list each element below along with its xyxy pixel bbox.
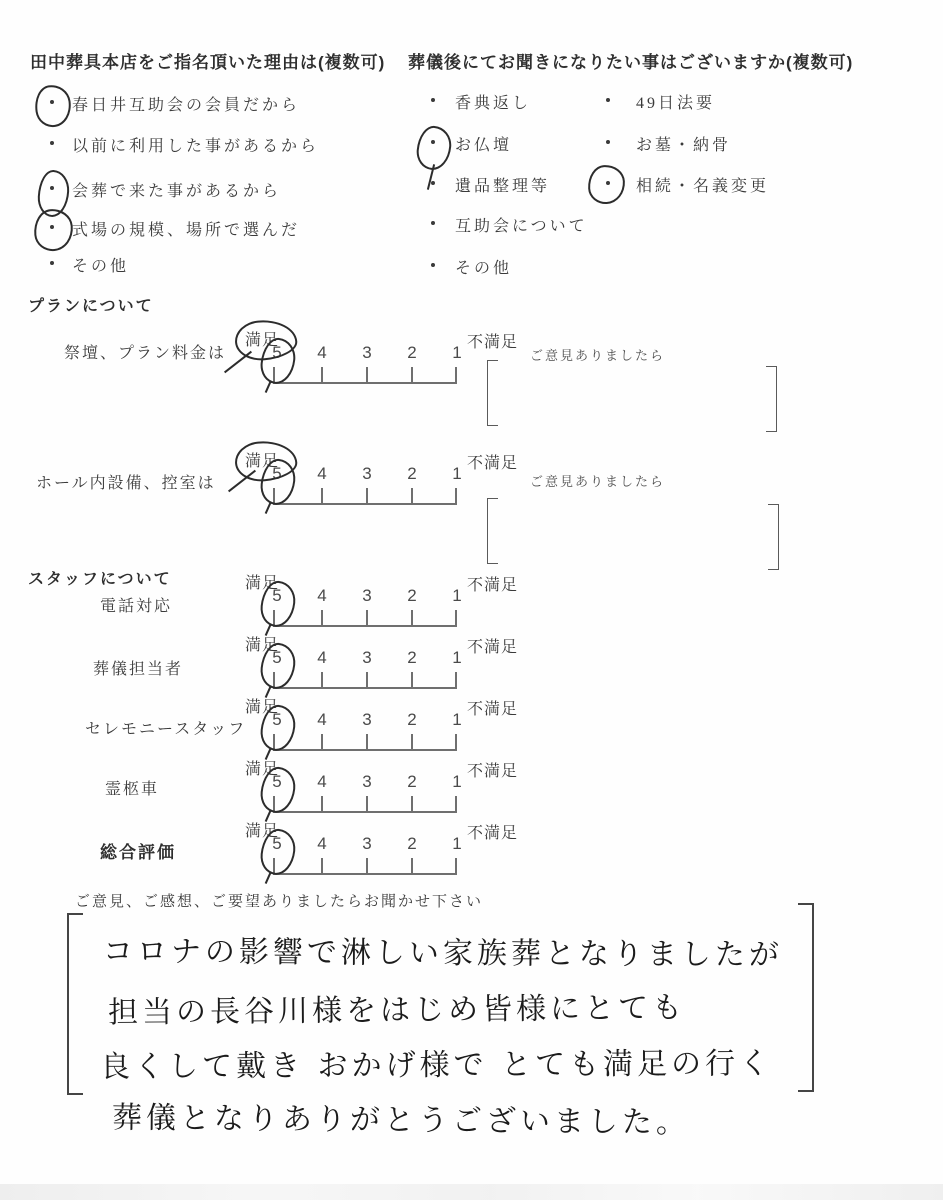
- scale-tick: [411, 796, 413, 811]
- scale-number-2: 2: [400, 772, 424, 792]
- scale-tick: [366, 367, 368, 382]
- rating-scale-director: 満足 不満足 5 4 3 2 1: [245, 632, 535, 692]
- comment-box-bracket-close: [798, 903, 814, 1092]
- scale-number-2: 2: [400, 710, 424, 730]
- bullet-icon: [50, 261, 54, 265]
- scale-tick: [366, 672, 368, 687]
- scale-number-4: 4: [310, 586, 334, 606]
- handwritten-circle-mark: [587, 164, 626, 205]
- staff-section-title: スタッフについて: [28, 566, 172, 589]
- reason-option-5: その他: [72, 253, 129, 276]
- scale-number-1: 1: [445, 772, 469, 792]
- bullet-icon: [606, 98, 610, 102]
- scale-number-3: 3: [355, 772, 379, 792]
- reason-option-1: 春日井互助会の会員だから: [72, 92, 300, 115]
- scale-number-3: 3: [355, 586, 379, 606]
- scale-number-4: 4: [310, 834, 334, 854]
- after-option-8: 相続・名義変更: [636, 173, 769, 196]
- scale-tick: [321, 488, 323, 503]
- scale-tick: [366, 858, 368, 873]
- bullet-icon: [431, 221, 435, 225]
- scale-baseline: [273, 811, 457, 813]
- rating-row-label-hearse: 霊柩車: [105, 776, 159, 799]
- bullet-icon: [50, 141, 54, 145]
- scale-number-1: 1: [445, 464, 469, 484]
- comments-section-title: ご意見、ご感想、ご要望ありましたらお聞かせ下さい: [75, 890, 483, 911]
- scale-tick: [321, 734, 323, 749]
- scale-number-2: 2: [400, 464, 424, 484]
- scale-tick: [321, 796, 323, 811]
- scale-tick: [321, 367, 323, 382]
- comment-bracket-close: [766, 366, 777, 432]
- rating-scale-hearse: 満足 不満足 5 4 3 2 1: [245, 756, 535, 816]
- after-option-6: 49日法要: [636, 90, 715, 113]
- scale-baseline: [273, 749, 457, 751]
- scale-number-2: 2: [400, 586, 424, 606]
- handwritten-slash-mark: [224, 351, 252, 374]
- after-option-2: お仏壇: [455, 132, 512, 155]
- plan-section-title: プランについて: [28, 293, 154, 316]
- bullet-icon: [606, 140, 610, 144]
- scale-number-4: 4: [310, 772, 334, 792]
- scale-tick: [366, 734, 368, 749]
- scale-baseline: [273, 503, 457, 505]
- scale-number-3: 3: [355, 710, 379, 730]
- scale-baseline: [273, 873, 457, 875]
- bullet-icon: [431, 263, 435, 267]
- scale-tick: [321, 672, 323, 687]
- after-funeral-section-title: 葬儀後にてお聞きになりたい事はございますか(複数可): [408, 48, 853, 73]
- rating-row-label-plan-price: 祭壇、プラン料金は: [64, 340, 226, 363]
- scale-tick: [455, 796, 457, 811]
- scale-number-2: 2: [400, 343, 424, 363]
- rating-row-label-phone: 電話対応: [100, 593, 172, 616]
- scale-number-2: 2: [400, 834, 424, 854]
- scale-tick: [455, 672, 457, 687]
- rating-row-label-director: 葬儀担当者: [93, 656, 183, 679]
- reason-option-2: 以前に利用した事があるから: [72, 133, 319, 156]
- handwritten-comment-line-4: 葬儀となりありがとうございました。: [112, 1092, 690, 1141]
- scale-number-4: 4: [310, 648, 334, 668]
- dissatisfaction-label: 不満足: [467, 820, 518, 843]
- rating-scale-overall: 満足 不満足 5 4 3 2 1: [245, 818, 535, 878]
- feedback-caption: ご意見ありましたら: [530, 471, 665, 490]
- scale-tick: [366, 796, 368, 811]
- scale-number-1: 1: [445, 710, 469, 730]
- dissatisfaction-label: 不満足: [467, 758, 518, 781]
- scale-tick: [411, 488, 413, 503]
- comment-bracket-close: [768, 504, 779, 570]
- dissatisfaction-label: 不満足: [467, 634, 518, 657]
- reasons-section-title: 田中葬具本店をご指名頂いた理由は(複数可): [30, 48, 385, 73]
- scale-tick: [411, 858, 413, 873]
- rating-scale-ceremony: 満足 不満足 5 4 3 2 1: [245, 694, 535, 754]
- after-option-4: 互助会について: [455, 213, 588, 236]
- rating-scale-phone: 満足 不満足 5 4 3 2 1: [245, 570, 535, 630]
- scale-number-3: 3: [355, 834, 379, 854]
- scale-tick: [321, 610, 323, 625]
- scale-tick: [455, 610, 457, 625]
- scale-baseline: [273, 625, 457, 627]
- handwritten-circle-mark: [32, 83, 73, 130]
- scale-number-4: 4: [310, 343, 334, 363]
- scan-artifact-band: [0, 1184, 943, 1200]
- scale-tick: [411, 367, 413, 382]
- scale-baseline: [273, 382, 457, 384]
- scale-tick: [411, 734, 413, 749]
- after-option-1: 香典返し: [455, 90, 531, 113]
- scale-baseline: [273, 687, 457, 689]
- handwritten-comment-line-1: コロナの影響で淋しい家族葬となりましたが: [103, 926, 783, 974]
- comment-box-bracket-open: [67, 913, 83, 1095]
- scale-number-1: 1: [445, 648, 469, 668]
- scale-number-1: 1: [445, 343, 469, 363]
- comment-bracket-open: [487, 498, 498, 564]
- scale-tick: [411, 672, 413, 687]
- dissatisfaction-label: 不満足: [467, 572, 518, 595]
- handwritten-comment-line-3: 良くして戴き おかげ様で とても満足の行く: [100, 1038, 773, 1086]
- dissatisfaction-label: 不満足: [467, 696, 518, 719]
- after-option-7: お墓・納骨: [636, 132, 731, 155]
- scale-tick: [455, 488, 457, 503]
- rating-row-label-overall: 総合評価: [100, 838, 176, 863]
- scale-number-3: 3: [355, 464, 379, 484]
- scale-number-1: 1: [445, 834, 469, 854]
- scanned-survey-form: 田中葬具本店をご指名頂いた理由は(複数可) 葬儀後にてお聞きになりたい事はござい…: [0, 0, 943, 1200]
- scale-number-4: 4: [310, 464, 334, 484]
- dissatisfaction-label: 不満足: [467, 450, 518, 473]
- scale-tick: [455, 367, 457, 382]
- handwritten-circle-mark: [32, 207, 75, 252]
- bullet-icon: [431, 181, 435, 185]
- scale-tick: [411, 610, 413, 625]
- feedback-caption: ご意見ありましたら: [530, 345, 665, 364]
- scale-tick: [366, 610, 368, 625]
- scale-tick: [455, 734, 457, 749]
- scale-number-3: 3: [355, 343, 379, 363]
- scale-number-3: 3: [355, 648, 379, 668]
- after-option-3: 遺品整理等: [455, 173, 550, 196]
- reason-option-4: 式場の規模、場所で選んだ: [72, 217, 300, 240]
- comment-bracket-open: [487, 360, 498, 426]
- handwritten-comment-line-2: 担当の長谷川様をはじめ皆様にとても: [108, 982, 686, 1031]
- rating-row-label-hall: ホール内設備、控室は: [36, 470, 216, 493]
- scale-number-1: 1: [445, 586, 469, 606]
- scale-tick: [321, 858, 323, 873]
- scale-tick: [366, 488, 368, 503]
- scale-number-4: 4: [310, 710, 334, 730]
- rating-row-label-ceremony: セレモニースタッフ: [85, 716, 246, 739]
- scale-tick: [455, 858, 457, 873]
- reason-option-3: 会葬で来た事があるから: [72, 178, 281, 201]
- dissatisfaction-label: 不満足: [467, 329, 518, 352]
- after-option-5: その他: [455, 255, 512, 278]
- scale-number-2: 2: [400, 648, 424, 668]
- bullet-icon: [431, 98, 435, 102]
